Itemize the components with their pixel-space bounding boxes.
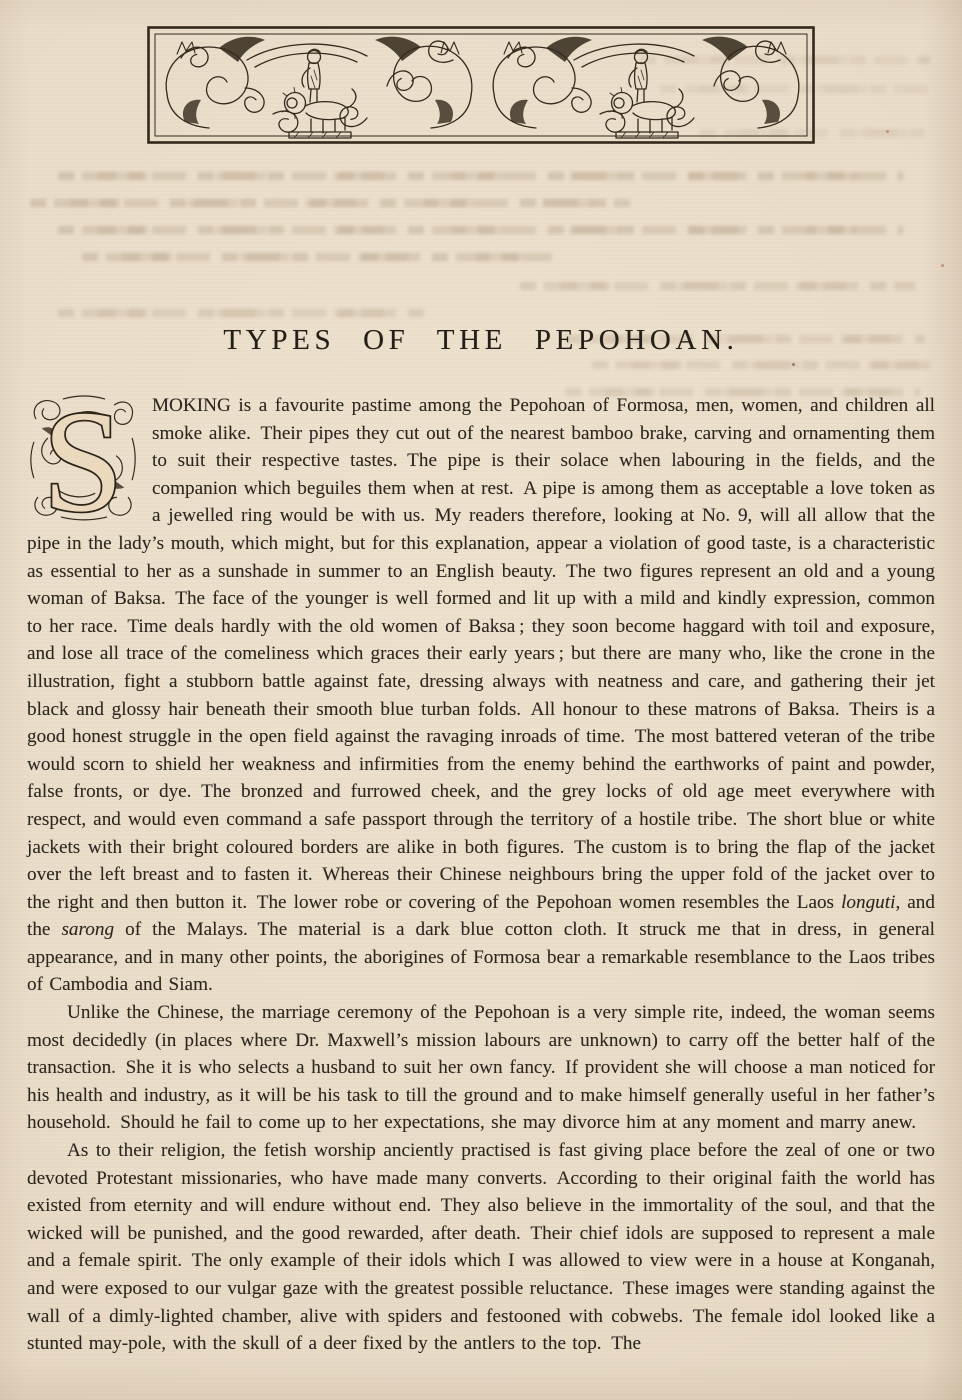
article-body: S MOKING is a favourite pastime among th…	[27, 392, 935, 1358]
text-run: As to their religion, the fetish worship…	[27, 1140, 935, 1354]
show-through-line	[58, 172, 903, 181]
paper-speck	[792, 363, 795, 366]
text-run: MOKING is a favourite pastime among the …	[27, 395, 935, 913]
italic-term: longuti	[841, 892, 895, 913]
text-run: of the Malays. The material is a dark bl…	[27, 919, 935, 995]
paragraph: Unlike the Chinese, the marriage ceremon…	[27, 999, 935, 1137]
paragraph: S MOKING is a favourite pastime among th…	[27, 392, 935, 999]
show-through-line	[58, 309, 428, 318]
text-run: Unlike the Chinese, the marriage ceremon…	[27, 1002, 935, 1133]
italic-term: sarong	[61, 919, 114, 940]
svg-text:S: S	[42, 395, 123, 521]
drop-cap-initial: S	[27, 395, 139, 521]
foliate-initial-ornament: S	[27, 395, 139, 521]
show-through-line	[520, 282, 915, 291]
header-ornament	[146, 25, 816, 145]
book-page: TYPES OF THE PEPOHOAN.	[0, 0, 962, 1400]
paragraph: As to their religion, the fetish worship…	[27, 1137, 935, 1358]
engraved-ornament-band	[146, 25, 816, 145]
page-title: TYPES OF THE PEPOHOAN.	[0, 324, 962, 357]
paper-speck	[886, 130, 889, 133]
show-through-line	[58, 226, 903, 235]
paper-speck	[941, 264, 944, 267]
show-through-line	[592, 361, 932, 370]
show-through-line	[30, 199, 630, 208]
show-through-line	[82, 253, 552, 262]
